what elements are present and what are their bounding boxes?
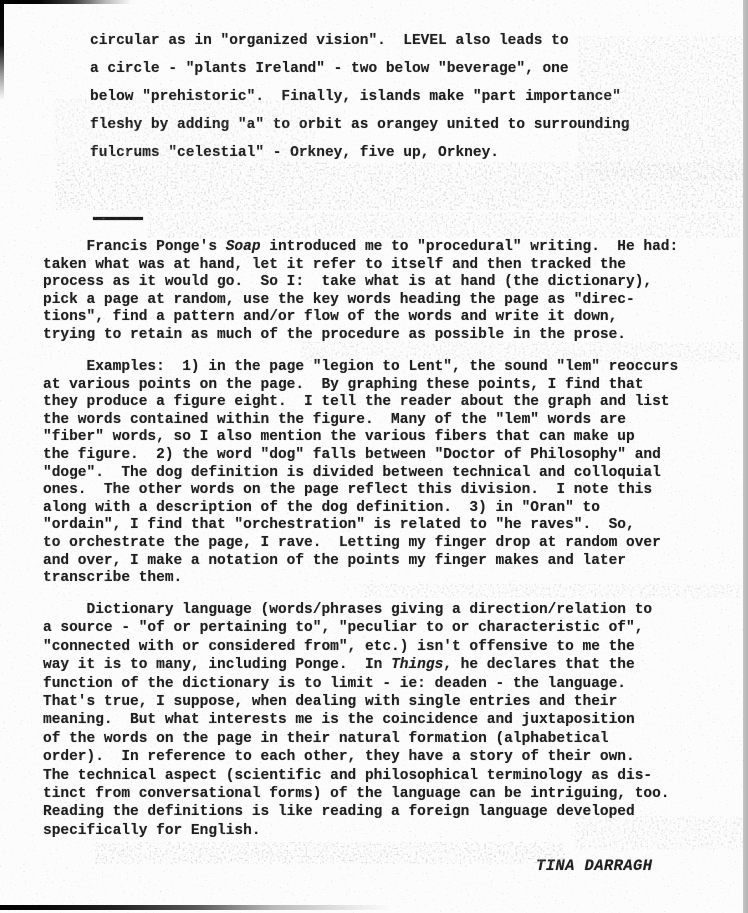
paragraph-dictionary-language: Dictionary language (words/phrases givin… xyxy=(43,601,670,840)
scan-artifact-top xyxy=(0,0,132,4)
section-divider-rule xyxy=(93,217,143,220)
scan-artifact-left xyxy=(0,0,4,100)
scan-artifact-bottom xyxy=(0,905,390,910)
author-signature: TINA DARRAGH xyxy=(536,857,652,875)
paragraph-procedural-writing: Francis Ponge's Soap introduced me to "p… xyxy=(43,239,678,345)
opening-fragment: circular as in "organized vision". LEVEL… xyxy=(90,27,630,167)
paragraph-examples: Examples: 1) in the page "legion to Lent… xyxy=(43,359,678,588)
scan-edge-right xyxy=(743,0,748,913)
scanned-typewritten-page: circular as in "organized vision". LEVEL… xyxy=(0,0,748,913)
